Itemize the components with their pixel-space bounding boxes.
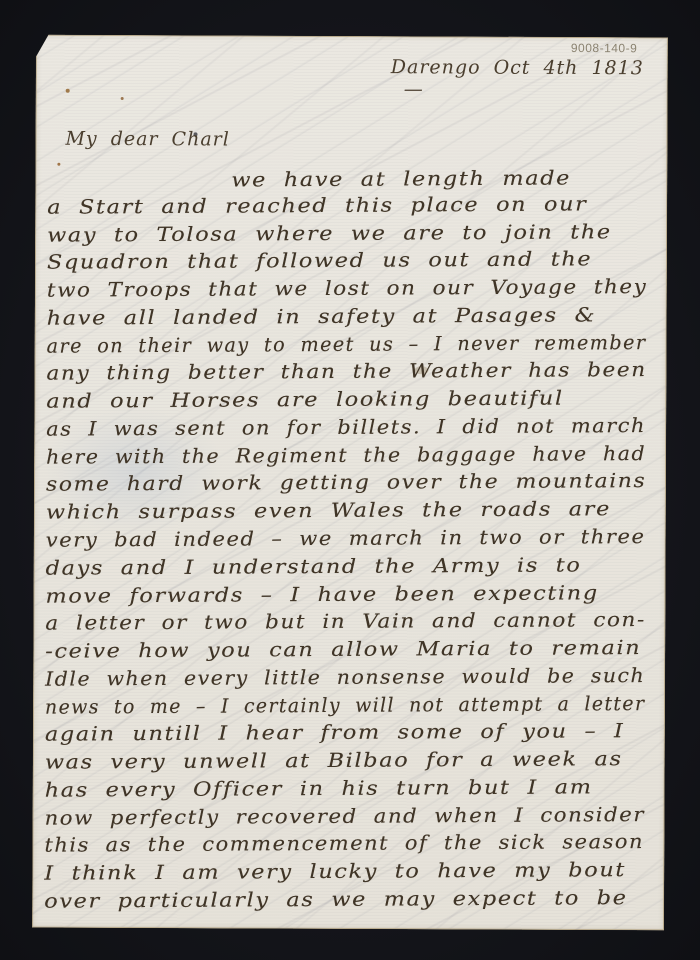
letter-line: I think I am very lucky to have my bout xyxy=(44,858,626,885)
letter-line: we have at length made xyxy=(231,166,571,191)
letter-line: which surpass even Wales the roads are xyxy=(46,497,611,523)
letter-line: here with the Regiment the baggage have … xyxy=(46,442,646,469)
letter-line: again untill I hear from some of you – I xyxy=(45,719,625,746)
letter-line: a Start and reached this place on our xyxy=(47,192,587,218)
foxing-spot xyxy=(66,89,70,93)
letter-line: very bad indeed – we march in two or thr… xyxy=(46,525,646,552)
foxing-spot xyxy=(121,97,124,100)
letter-line: now perfectly recovered and when I consi… xyxy=(44,803,645,830)
letter-line: any thing better than the Weather has be… xyxy=(46,358,646,385)
letter-place: Darengo xyxy=(391,56,481,78)
letter-line: Squadron that followed us out and the xyxy=(47,247,592,273)
letter-line: -ceive how you can allow Maria to remain xyxy=(45,636,641,663)
letter-line: news to me – I certainly will not attemp… xyxy=(45,692,645,719)
letter-line: was very unwell at Bilbao for a week as xyxy=(45,747,623,774)
letter-page: 9008-140-9 Darengo Oct 4th 1813 — My dea… xyxy=(32,35,668,931)
letter-line: a letter or two but in Vain and cannot c… xyxy=(45,608,646,635)
catalog-number: 9008-140-9 xyxy=(571,41,637,55)
letter-line: as I was sent on for billets. I did not … xyxy=(46,414,646,441)
letter-line: some hard work getting over the mountain… xyxy=(46,469,646,496)
letter-line: have all landed in safety at Pasages & xyxy=(47,303,597,329)
letter-line: days and I understand the Army is to xyxy=(46,553,582,579)
letter-line: Idle when every little nonsense would be… xyxy=(45,664,645,691)
letter-line: over particularly as we may expect to be xyxy=(44,886,628,913)
letter-line: move forwards – I have been expecting xyxy=(45,581,598,607)
letter-line: way to Tolosa where we are to join the xyxy=(47,220,612,246)
letter-line: are on their way to meet us – I never re… xyxy=(47,331,647,358)
letter-line: this as the commencement of the sick sea… xyxy=(44,830,644,857)
foxing-spot xyxy=(57,163,60,166)
letter-line: and our Horses are looking beautiful xyxy=(46,387,564,413)
letter-line: has every Officer in his turn but I am xyxy=(45,775,593,801)
letter-line: two Troops that we lost on our Voyage th… xyxy=(47,275,648,302)
dateline-dash: — xyxy=(391,78,424,100)
letter-salutation: My dear Charl xyxy=(65,128,229,151)
letter-dateline: Darengo Oct 4th 1813 — xyxy=(391,56,668,101)
letter-date: Oct 4th 1813 xyxy=(494,57,644,80)
